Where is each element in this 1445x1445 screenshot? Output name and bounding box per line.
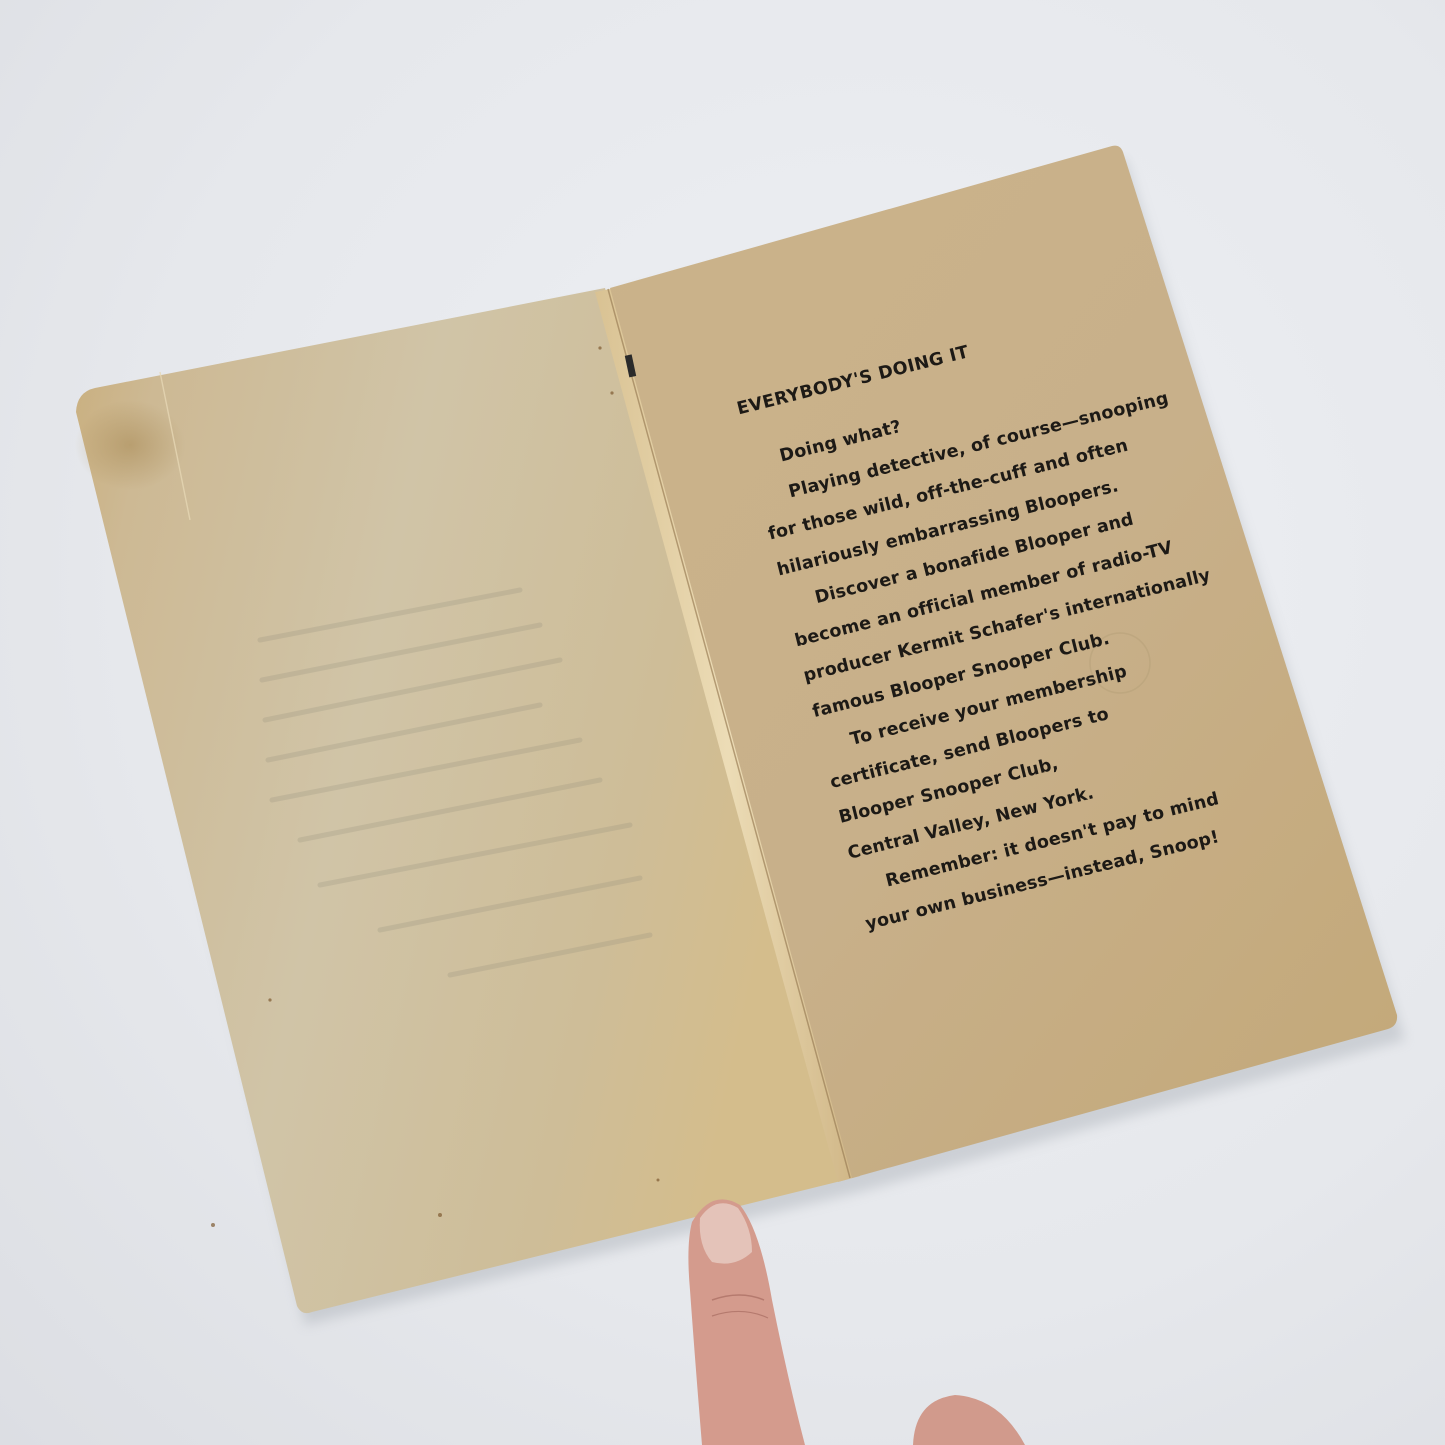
pointing-finger	[688, 1199, 805, 1445]
second-finger	[913, 1395, 1025, 1445]
photo-scene: EVERYBODY'S DOING IT Doing what? Playing…	[0, 0, 1445, 1445]
